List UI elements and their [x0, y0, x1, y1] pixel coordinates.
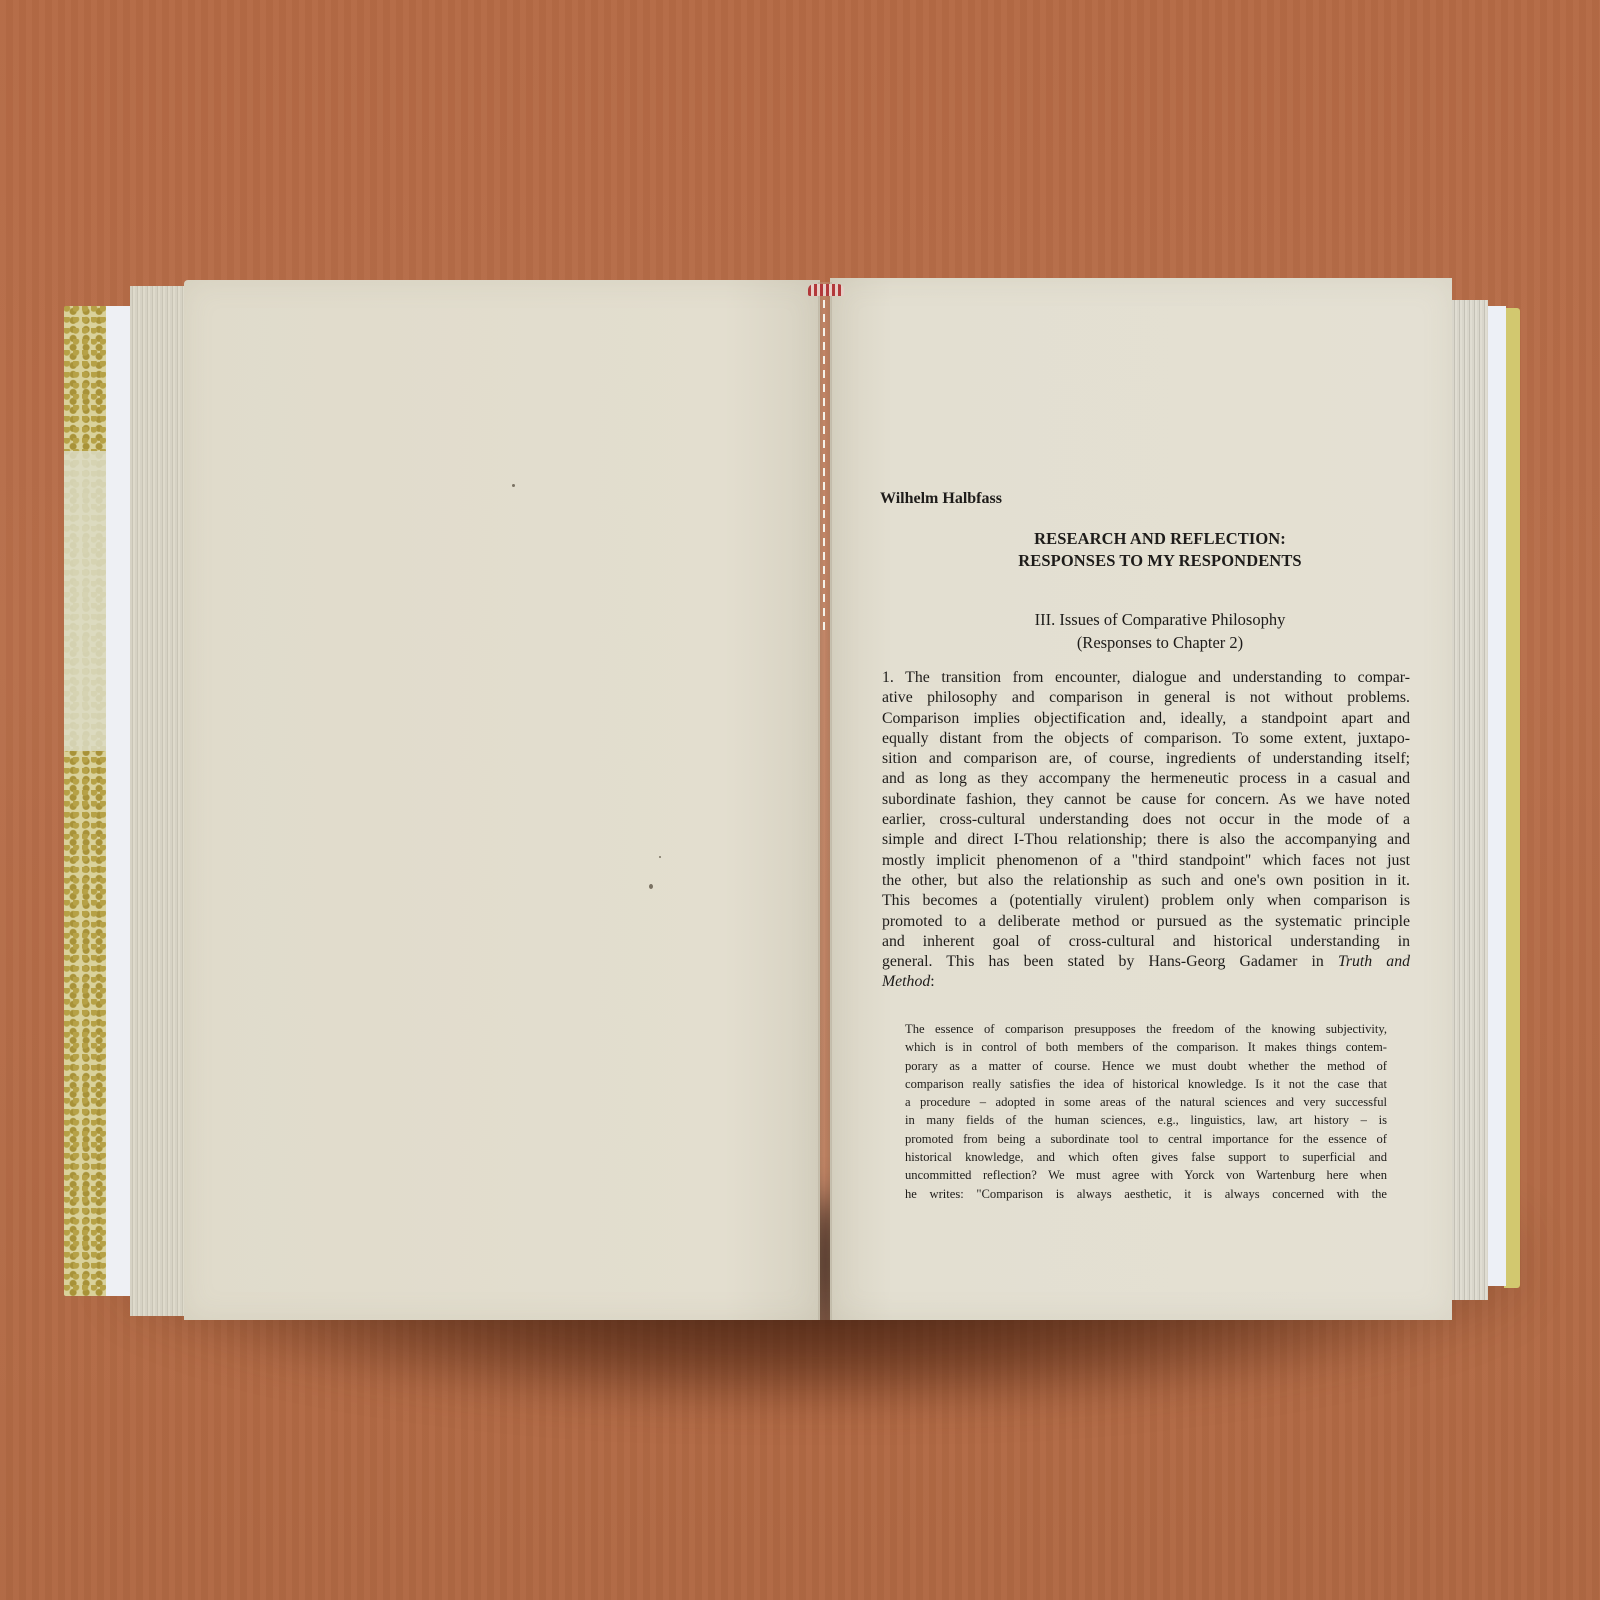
- section-line: III. Issues of Comparative Philosophy: [880, 608, 1440, 631]
- binding-stitch: [823, 300, 825, 630]
- quote-line: which is in control of both members of t…: [905, 1038, 1387, 1056]
- left-endpaper: [106, 306, 133, 1296]
- body-line: simple and direct I-Thou relationship; t…: [882, 830, 1410, 850]
- block-quote: The essence of comparison presupposes th…: [905, 1020, 1387, 1203]
- body-line: the other, but also the relationship as …: [882, 871, 1410, 891]
- right-page-stack: [1452, 300, 1488, 1300]
- quote-line: porary as a matter of course. Hence we m…: [905, 1057, 1387, 1075]
- book-gutter: [818, 282, 832, 1320]
- left-page-blank: [184, 280, 820, 1320]
- body-line: 1. The transition from encounter, dialog…: [882, 668, 1410, 688]
- body-line: sition and comparison are, of course, in…: [882, 749, 1410, 769]
- quote-line: uncommitted reflection? We must agree wi…: [905, 1166, 1387, 1184]
- body-line: promoted to a deliberate method or pursu…: [882, 912, 1410, 932]
- body-line: mostly implicit phenomenon of a "third s…: [882, 851, 1410, 871]
- author-name: Wilhelm Halbfass: [880, 490, 1002, 508]
- quote-line: comparison really satisfies the idea of …: [905, 1075, 1387, 1093]
- quote-line: in many fields of the human sciences, e.…: [905, 1111, 1387, 1129]
- quote-line: he writes: "Comparison is always aesthet…: [905, 1185, 1387, 1203]
- paper-speck: [512, 484, 515, 487]
- body-line: equally distant from the objects of comp…: [882, 729, 1410, 749]
- body-line: earlier, cross-cultural understanding do…: [882, 810, 1410, 830]
- quote-line: The essence of comparison presupposes th…: [905, 1020, 1387, 1038]
- title-line: RESPONSES TO MY RESPONDENTS: [880, 550, 1440, 572]
- book-title-italic: Truth and: [1338, 953, 1410, 970]
- book-title-italic: Method: [882, 973, 930, 990]
- body-line: ative philosophy and comparison in gener…: [882, 688, 1410, 708]
- body-line: Comparison implies objectification and, …: [882, 709, 1410, 729]
- quote-line: a procedure – adopted in some areas of t…: [905, 1093, 1387, 1111]
- body-line: Method:: [882, 972, 1410, 992]
- body-text: general. This has been stated by Hans-Ge…: [882, 953, 1324, 970]
- quote-line: promoted from being a subordinate tool t…: [905, 1130, 1387, 1148]
- right-cover: [1504, 308, 1520, 1288]
- title-line: RESEARCH AND REFLECTION:: [880, 528, 1440, 550]
- chapter-title: RESEARCH AND REFLECTION: RESPONSES TO MY…: [880, 528, 1440, 572]
- body-line: general. This has been stated by Hans-Ge…: [882, 952, 1410, 972]
- section-line: (Responses to Chapter 2): [880, 631, 1440, 654]
- body-line: subordinate fashion, they cannot be caus…: [882, 790, 1410, 810]
- body-line: This becomes a (potentially virulent) pr…: [882, 891, 1410, 911]
- body-line: and as long as they accompany the hermen…: [882, 769, 1410, 789]
- paper-speck: [649, 884, 653, 889]
- body-line: and inherent goal of cross-cultural and …: [882, 932, 1410, 952]
- headband: [808, 284, 844, 296]
- left-page-stack: [130, 286, 190, 1316]
- body-paragraph: 1. The transition from encounter, dialog…: [882, 668, 1410, 993]
- paper-speck: [659, 856, 661, 858]
- section-heading: III. Issues of Comparative Philosophy (R…: [880, 608, 1440, 654]
- quote-line: historical knowledge, and which often gi…: [905, 1148, 1387, 1166]
